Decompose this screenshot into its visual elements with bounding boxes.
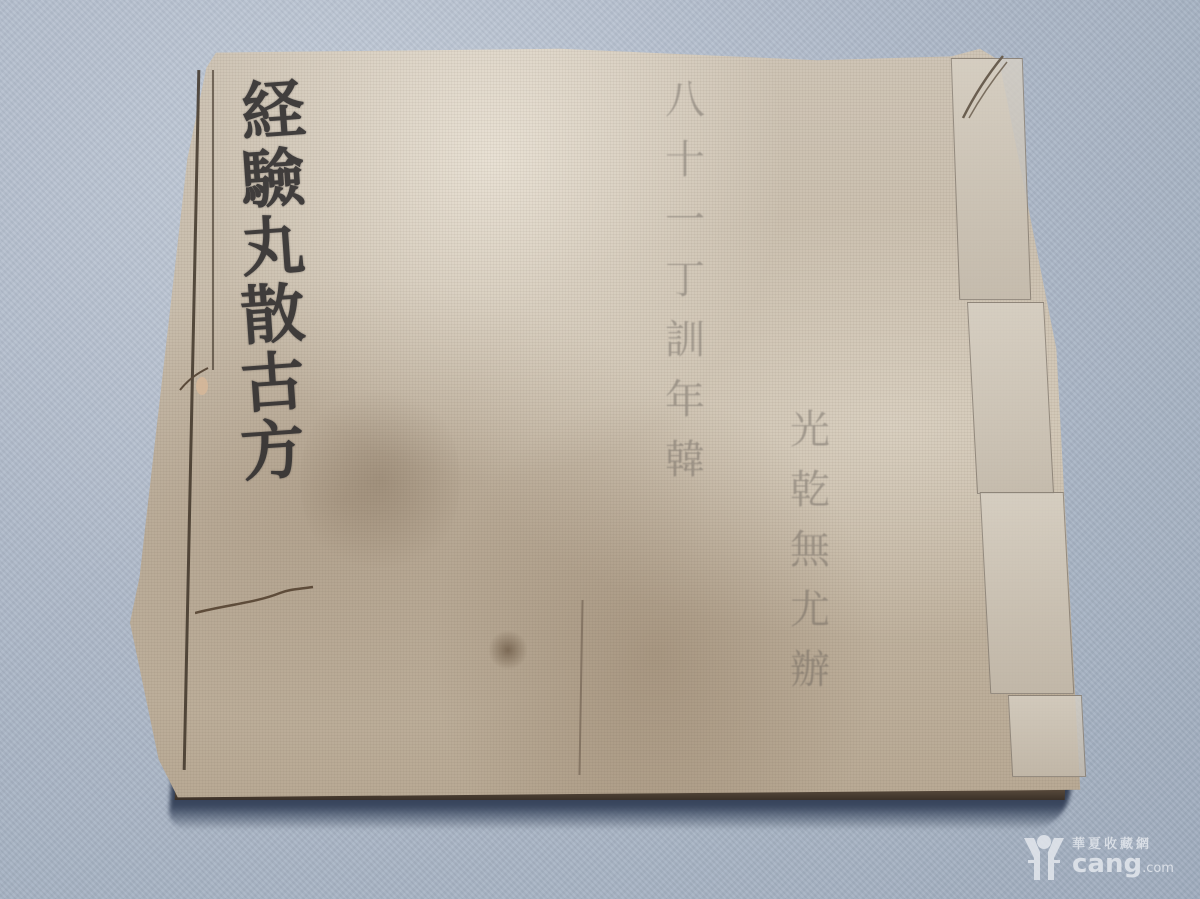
- inscription-char: 辦: [790, 640, 830, 700]
- inscription-char: 八: [665, 70, 705, 130]
- title-char: 丸: [239, 212, 308, 284]
- cang-logo-icon: [1022, 832, 1066, 882]
- title-char: 経: [239, 76, 308, 148]
- inscription-char: 無: [790, 520, 830, 580]
- faint-inscription-right: 光 乾 無 尤 辦: [790, 400, 830, 700]
- watermark-latin: cang: [1072, 849, 1142, 879]
- inscription-char: 韓: [665, 430, 705, 490]
- book-title: 経 驗 丸 散 古 方: [228, 78, 318, 486]
- inscription-char: 光: [790, 400, 830, 460]
- stain: [300, 380, 460, 580]
- inscription-char: 十: [665, 130, 705, 190]
- binding-thread-icon: [955, 48, 1015, 128]
- spine-panel-bottom: [1008, 695, 1086, 777]
- cover-crack: [195, 585, 315, 615]
- title-char: 散: [239, 280, 308, 352]
- watermark-suffix: .com: [1142, 861, 1174, 876]
- stitch-thread-icon: [178, 360, 214, 400]
- inscription-char: 訓: [665, 310, 705, 370]
- inscription-char: 年: [665, 370, 705, 430]
- inscription-char: 一: [665, 190, 705, 250]
- inscription-char: 丁: [665, 250, 705, 310]
- watermark: 華夏收藏網 cang.com: [1022, 832, 1174, 882]
- spine-panel-middle: [967, 302, 1054, 494]
- title-char: 古: [239, 348, 308, 420]
- inscription-char: 乾: [790, 460, 830, 520]
- faint-inscription-left: 八 十 一 丁 訓 年 韓: [665, 70, 705, 490]
- cover-inner-line: [212, 70, 214, 370]
- spine-panel-lower: [980, 492, 1075, 694]
- inscription-char: 尤: [790, 580, 830, 640]
- title-char: 方: [239, 416, 308, 488]
- stain: [488, 630, 528, 670]
- title-char: 驗: [239, 144, 308, 216]
